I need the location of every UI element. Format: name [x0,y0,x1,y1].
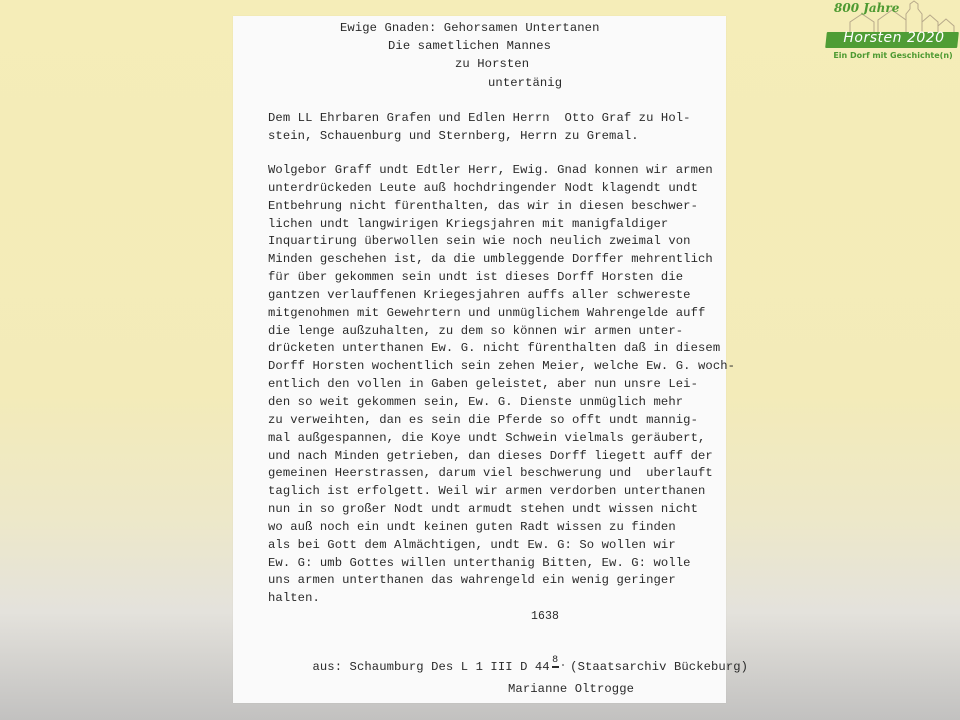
source-reference: aus: Schaumburg Des L 1 III D 44 [312,660,549,674]
body-line: Wolgebor Graff undt Edtler Herr, Ewig. G… [268,162,735,180]
body-line: halten. [268,590,735,608]
address-line: Dem LL Ehrbaren Grafen und Edlen Herrn O… [268,109,691,127]
body-line: Minden geschehen ist, da die umbleggende… [268,251,735,269]
body-line: Inquartirung überwollen sein wie noch ne… [268,233,735,251]
body-line: wo auß noch ein undt keinen guten Radt w… [268,519,735,537]
heading-line-4: untertänig [488,77,562,89]
body-line: taglich ist erfolgett. Weil wir armen ve… [268,483,735,501]
source-archive: (Staatsarchiv Bückeburg) [570,660,748,674]
heading-line-2: Die sametlichen Mannes [388,40,551,52]
document-page: Ewige Gnaden: Gehorsamen Untertanen Die … [233,16,726,703]
body-line: den so weit gekommen sein, Ew. G. Dienst… [268,394,735,412]
address-line: stein, Schauenburg und Sternberg, Herrn … [268,127,691,145]
body-line: und nach Minden getrieben, dan dieses Do… [268,448,735,466]
document-text: Ewige Gnaden: Gehorsamen Untertanen Die … [233,16,726,703]
body-line: zu verweihten, dan es sein die Pferde so… [268,412,735,430]
source-superscript: 8 [552,657,559,668]
anniversary-label: 800 Jahre [834,1,899,15]
body-line: die lenge außzuhalten, zu dem so können … [268,323,735,341]
body-line: als bei Gott dem Almächtigen, undt Ew. G… [268,537,735,555]
logo-tagline: Ein Dorf mit Geschichte(n) [828,51,958,60]
body-line: drücketen unterthanen Ew. G. nicht füren… [268,340,735,358]
body-line: gemeinen Heerstrassen, darum viel beschw… [268,465,735,483]
heading-line-1: Ewige Gnaden: Gehorsamen Untertanen [340,22,599,34]
body-line: lichen undt langwirigen Kriegsjahren mit… [268,216,735,234]
body-line: mitgenohmen mit Gewehrtern und unmüglich… [268,305,735,323]
body-line: mal außgespannen, die Koye undt Schwein … [268,430,735,448]
body-line: Entbehrung nicht fürenthalten, das wir i… [268,198,735,216]
body-line: Ew. G: umb Gottes willen unterthanig Bit… [268,555,735,573]
letter-body: Wolgebor Graff undt Edtler Herr, Ewig. G… [268,162,735,608]
heading-line-3: zu Horsten [455,58,529,70]
body-line: Dorff Horsten wochentlich sein zehen Mei… [268,358,735,376]
horsten-2020-logo: 800 Jahre Horsten 2020 Ein Dorf mit Gesc… [822,0,960,66]
body-line: entlich den vollen in Gaben geleistet, a… [268,376,735,394]
body-line: gantzen verlauffenen Kriegesjahren auffs… [268,287,735,305]
body-line: unterdrückeden Leute auß hochdringender … [268,180,735,198]
body-line: nun in so großer Nodt undt armudt stehen… [268,501,735,519]
body-line: für über gekommen sein undt ist dieses D… [268,269,735,287]
letter-year: 1638 [531,610,559,623]
speck [562,664,564,666]
body-line: uns armen unterthanen das wahrengeld ein… [268,572,735,590]
author-name: Marianne Oltrogge [508,682,634,696]
logo-title: Horsten 2020 [830,30,958,46]
address-block: Dem LL Ehrbaren Grafen und Edlen Herrn O… [268,109,691,145]
